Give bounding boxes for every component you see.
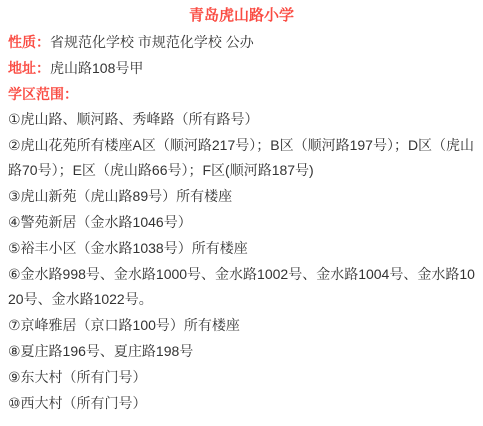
- district-item: ②虎山花苑所有楼座A区（顺河路217号）；B区（顺河路197号）；D区（虎山路7…: [8, 133, 475, 183]
- district-list: ①虎山路、顺河路、秀峰路（所有路号） ②虎山花苑所有楼座A区（顺河路217号）；…: [8, 107, 475, 416]
- district-item: ⑥金水路998号、金水路1000号、金水路1002号、金水路1004号、金水路1…: [8, 262, 475, 312]
- page-title: 青岛虎山路小学: [8, 3, 475, 29]
- district-item: ⑧夏庄路196号、夏庄路198号: [8, 339, 475, 364]
- district-item: ⑨东大村（所有门号）: [8, 365, 475, 390]
- district-item: ③虎山新苑（虎山路89号）所有楼座: [8, 184, 475, 209]
- district-item: ①虎山路、顺河路、秀峰路（所有路号）: [8, 107, 475, 132]
- address-value: 虎山路108号甲: [50, 60, 143, 76]
- address-label: 地址：: [8, 60, 50, 76]
- info-row-address: 地址：虎山路108号甲: [8, 55, 475, 81]
- nature-value: 省规范化学校 市规范化学校 公办: [50, 34, 254, 50]
- district-item: ⑦京峰雅居（京口路100号）所有楼座: [8, 313, 475, 338]
- district-section-label: 学区范围：: [8, 81, 475, 107]
- info-row-nature: 性质：省规范化学校 市规范化学校 公办: [8, 29, 475, 55]
- nature-label: 性质：: [8, 34, 50, 50]
- district-item: ⑤裕丰小区（金水路1038号）所有楼座: [8, 236, 475, 261]
- district-label: 学区范围：: [8, 86, 78, 102]
- district-item: ④警苑新居（金水路1046号）: [8, 210, 475, 235]
- district-item: ⑩西大村（所有门号）: [8, 391, 475, 416]
